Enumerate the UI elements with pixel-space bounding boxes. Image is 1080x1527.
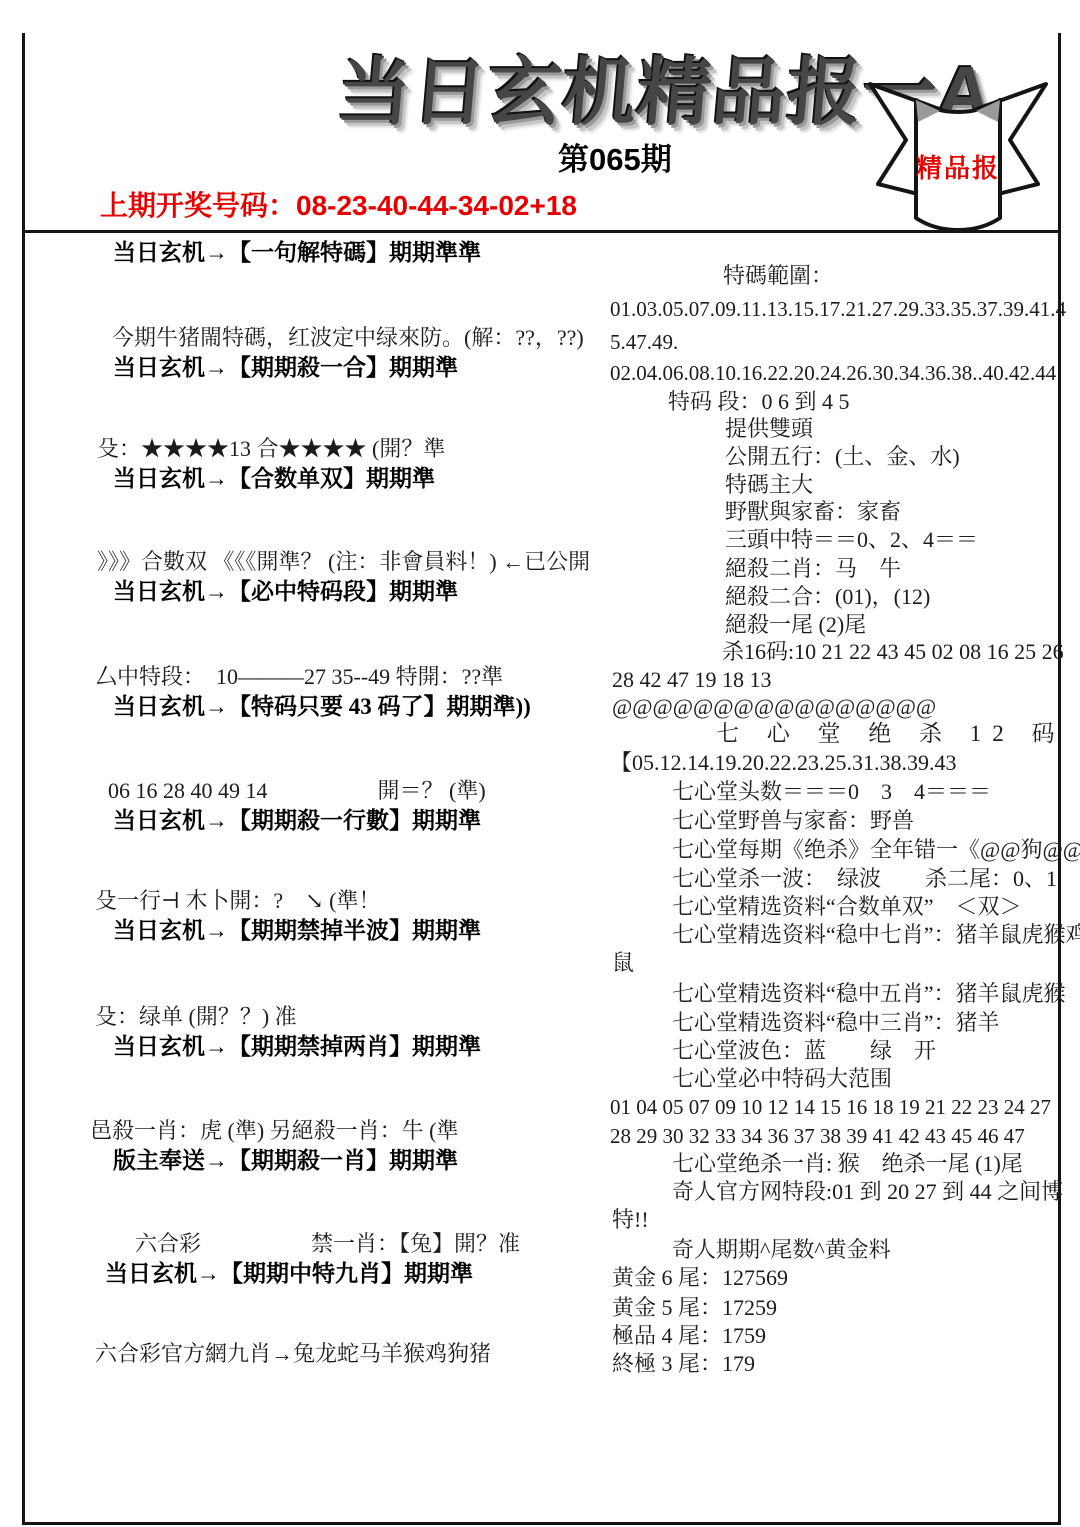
left-line: 06 16 28 40 49 14 開＝？ (準) (108, 778, 486, 804)
left-line: 邑殺一肖：虎 (準) 另絕殺一肖：牛 (準 (90, 1118, 458, 1144)
right-line: 七心堂每期《绝杀》全年错一《@@狗@@》 (672, 837, 1080, 863)
right-line: 【05.12.14.19.20.22.23.25.31.38.39.43 (610, 750, 957, 776)
right-line: 02.04.06.08.10.16.22.20.24.26.30.34.36.3… (610, 360, 1056, 386)
right-line: 黄金 6 尾：127569 (612, 1265, 788, 1291)
right-line: 三頭中特＝＝0、2、4＝＝ (725, 527, 978, 553)
right-line: 杀16码:10 21 22 43 45 02 08 16 25 26 (722, 639, 1064, 665)
left-line: 当日玄机→【期期中特九肖】期期準 (105, 1261, 473, 1287)
right-line: 奇人官方网特段:01 到 20 27 到 44 之间博 (672, 1179, 1063, 1205)
right-line: 極品 4 尾：1759 (612, 1323, 766, 1349)
right-line: 七心堂头数＝＝＝0 3 4＝＝＝ (672, 779, 991, 805)
right-line: 七心堂绝杀一肖: 猴 绝杀一尾 (1)尾 (672, 1151, 1023, 1177)
right-line: 公開五行：(土、金、水) (725, 444, 960, 470)
left-line: 当日玄机→【特码只要 43 码了】期期準)) (113, 694, 531, 720)
right-line: 絕殺二肖：马 牛 (725, 556, 901, 582)
left-line: 殳：★★★★13 合★★★★ (開？準 (97, 436, 445, 462)
right-line: 01 04 05 07 09 10 12 14 15 16 18 19 21 2… (610, 1094, 1051, 1120)
right-line: 七心堂波色：蓝 绿 开 (672, 1038, 936, 1064)
right-line: 七心堂精选资料“稳中三肖”：猪羊 (672, 1010, 1000, 1036)
left-line: 当日玄机→【一句解特碼】期期準準 (113, 240, 481, 266)
right-line: 鼠 (612, 950, 634, 976)
last-draw-numbers: 上期开奖号码：08-23-40-44-34-02+18 (100, 184, 577, 224)
left-line: 厶中特段： 10———27 35--49 特開：??準 (95, 664, 503, 690)
right-line: 絕殺二合：(01)，(12) (725, 584, 930, 610)
right-line: 特码 段：0 6 到 4 5 (668, 389, 850, 415)
right-line: 特碼主大 (725, 472, 813, 498)
right-line: 七心堂精选资料“稳中五肖”：猪羊鼠虎猴 (672, 981, 1066, 1007)
right-line: 七心堂精选资料“合数单双” ＜双＞ (672, 894, 1022, 920)
right-line: 黄金 5 尾：17259 (612, 1295, 777, 1321)
left-line: 今期牛猪閙特碼，红波定中绿來防。(解：??，??) (112, 325, 584, 351)
right-line: 野獸與家畜：家畜 (725, 499, 901, 525)
right-line: 奇人期期^尾数^黄金料 (672, 1237, 891, 1263)
left-line: 当日玄机→【合数单双】期期準 (113, 466, 435, 492)
right-line: 特碼範圍： (723, 263, 833, 289)
right-line: 提供雙頭 (725, 416, 813, 442)
right-line: 01.03.05.07.09.11.13.15.17.21.27.29.33.3… (610, 296, 1066, 322)
right-line: 七 心 堂 绝 杀 12 码 (716, 721, 1066, 747)
right-line: 特!! (612, 1207, 649, 1233)
ribbon-badge: 精品报 (860, 60, 1056, 236)
left-line: 六合彩官方網九肖→兔龙蛇马羊猴鸡狗猪 (95, 1341, 491, 1367)
left-line: 六合彩 禁一肖：【兔】開？准 (135, 1231, 520, 1257)
right-line: 5.47.49. (610, 329, 678, 355)
right-line: 28 42 47 19 18 13 (612, 667, 772, 693)
issue-number: 第065期 (558, 134, 672, 179)
left-line: 》》》合數双 《《《開準？ (注：非會員料！) ←已公開 (97, 549, 590, 575)
left-line: 版主奉送→【期期殺一肖】期期準 (113, 1148, 458, 1174)
right-line: 七心堂精选资料“稳中七肖”：猪羊鼠虎猴鸡 (672, 922, 1080, 948)
right-line: @@@@@@@@@@@@@@@@ (612, 694, 936, 720)
right-line: 七心堂野兽与家畜：野兽 (672, 808, 914, 834)
left-line: 当日玄机→【期期殺一合】期期準 (113, 355, 458, 381)
right-line: 七心堂必中特码大范围 (672, 1066, 892, 1092)
right-line: 終極 3 尾：179 (612, 1351, 755, 1377)
left-line: 当日玄机→【期期禁掉两肖】期期準 (113, 1034, 481, 1060)
left-line: 当日玄机→【必中特码段】期期準 (113, 579, 458, 605)
left-line: 殳：绿单 (開？？) 准 (95, 1004, 297, 1030)
left-line: 殳一行⊣ 木卜開：? ↘ (準！ (95, 888, 380, 914)
right-line: 28 29 30 32 33 34 36 37 38 39 41 42 43 4… (610, 1123, 1025, 1149)
badge-label: 精品报 (900, 148, 1016, 185)
right-line: 絕殺一尾 (2)尾 (725, 612, 866, 638)
left-line: 当日玄机→【期期殺一行數】期期準 (113, 808, 481, 834)
right-line: 七心堂杀一波： 绿波 杀二尾：0、1 (672, 866, 1057, 892)
left-line: 当日玄机→【期期禁掉半波】期期準 (113, 918, 481, 944)
